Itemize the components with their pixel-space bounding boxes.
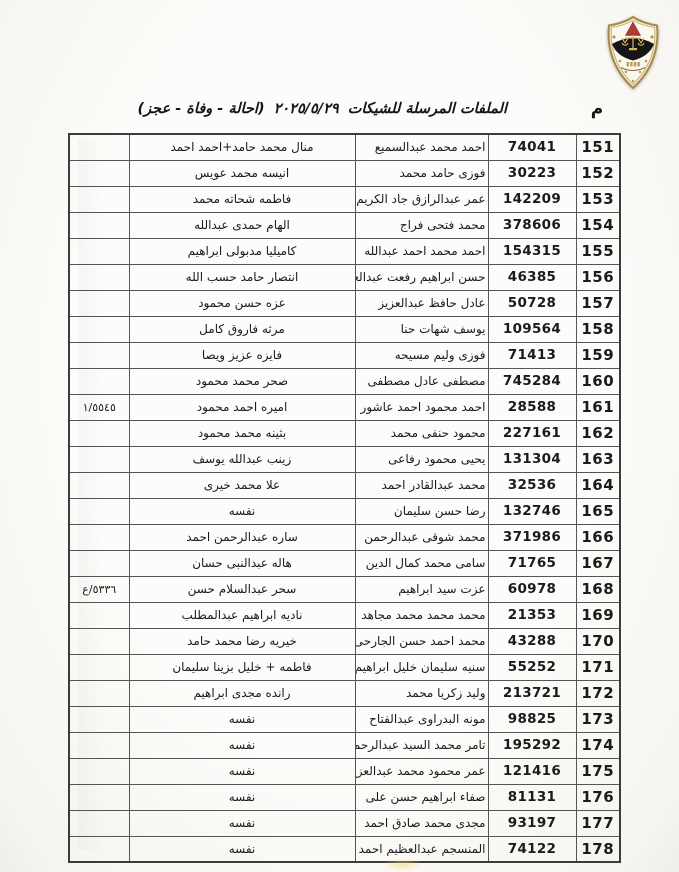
- insured-name-cell: محمد فتحى فراج: [355, 212, 488, 238]
- serial-cell: 159: [576, 342, 620, 368]
- title-subtitle: (احالة - وفاة - عجز): [138, 101, 265, 117]
- file-number-cell: 74041: [488, 134, 576, 160]
- insured-name-cell: المنسجم عبدالعظيم احمد: [355, 836, 488, 862]
- beneficiary-name-cell: الهام حمدى عبدالله: [129, 212, 355, 238]
- beneficiary-name-cell: ساره عبدالرحمن احمد: [129, 524, 355, 550]
- beneficiary-name-cell: نفسه: [129, 706, 355, 732]
- table-row: 165132746رضا حسن سليماننفسه: [69, 498, 620, 524]
- table-row: 17043288محمد احمد حسن الجارحىخيريه رضا م…: [69, 628, 620, 654]
- note-cell: [69, 134, 129, 160]
- table-row: 15230223فوزى حامد محمدانيسه محمد عويس: [69, 160, 620, 186]
- beneficiary-name-cell: نفسه: [129, 784, 355, 810]
- note-cell: [69, 316, 129, 342]
- file-number-cell: 71413: [488, 342, 576, 368]
- file-number-cell: 98825: [488, 706, 576, 732]
- serial-cell: 166: [576, 524, 620, 550]
- insured-name-cell: عمر محمود محمد عبدالعزيز: [355, 758, 488, 784]
- note-cell: [69, 628, 129, 654]
- note-cell: [69, 732, 129, 758]
- serial-cell: 165: [576, 498, 620, 524]
- beneficiary-name-cell: سحر عبدالسلام حسن: [129, 576, 355, 602]
- insured-name-cell: صفاء ابراهيم حسن على: [355, 784, 488, 810]
- note-cell: [69, 420, 129, 446]
- beneficiary-name-cell: انيسه محمد عويس: [129, 160, 355, 186]
- beneficiary-name-cell: نفسه: [129, 498, 355, 524]
- serial-cell: 168: [576, 576, 620, 602]
- file-number-cell: 71765: [488, 550, 576, 576]
- note-cell: [69, 810, 129, 836]
- note-cell: [69, 368, 129, 394]
- serial-cell: 152: [576, 160, 620, 186]
- serial-cell: 167: [576, 550, 620, 576]
- serial-cell: 173: [576, 706, 620, 732]
- table-row: 166371986محمد شوقى عبدالرحمنساره عبدالرح…: [69, 524, 620, 550]
- beneficiary-name-cell: علا محمد خيرى: [129, 472, 355, 498]
- note-cell: [69, 654, 129, 680]
- serial-cell: 162: [576, 420, 620, 446]
- note-cell: [69, 602, 129, 628]
- beneficiary-name-cell: انتصار حامد حسب الله: [129, 264, 355, 290]
- serial-cell: 178: [576, 836, 620, 862]
- insured-name-cell: عزت سيد ابراهيم: [355, 576, 488, 602]
- serial-cell: 151: [576, 134, 620, 160]
- table-row: 17155252سنيه سليمان خليل ابراهيمفاطمه + …: [69, 654, 620, 680]
- insured-name-cell: فوزى حامد محمد: [355, 160, 488, 186]
- table-row: 163131304يحيى محمود رفاعىزينب عبدالله يو…: [69, 446, 620, 472]
- note-cell: ١/٥٥٤٥: [69, 394, 129, 420]
- table-row: 17874122المنسجم عبدالعظيم احمدنفسه: [69, 836, 620, 862]
- beneficiary-name-cell: اميره احمد محمود: [129, 394, 355, 420]
- beneficiary-name-cell: نفسه: [129, 810, 355, 836]
- file-number-cell: 378606: [488, 212, 576, 238]
- serial-cell: 158: [576, 316, 620, 342]
- serial-cell: 157: [576, 290, 620, 316]
- file-number-cell: 30223: [488, 160, 576, 186]
- insured-name-cell: احمد محمد احمد عبدالله: [355, 238, 488, 264]
- beneficiary-name-cell: فاطمه شحاته محمد: [129, 186, 355, 212]
- table-row: 154378606محمد فتحى فراجالهام حمدى عبدالل…: [69, 212, 620, 238]
- scanned-page: م الملفات المرسلة للشيكات٢٠٢٥/٥/٢٩(احالة…: [0, 0, 679, 872]
- table-row: 160745284مصطفى عادل مصطفىصحر محمد محمود: [69, 368, 620, 394]
- note-cell: [69, 498, 129, 524]
- table-row: 17398825مونه البدراوى عبدالفتاحنفسه: [69, 706, 620, 732]
- file-number-cell: 154315: [488, 238, 576, 264]
- serial-cell: 153: [576, 186, 620, 212]
- insured-name-cell: سامى محمد كمال الدين: [355, 550, 488, 576]
- serial-cell: 176: [576, 784, 620, 810]
- file-number-cell: 32536: [488, 472, 576, 498]
- table-row: 172213721وليد زكريا محمدرانده مجدى ابراه…: [69, 680, 620, 706]
- file-number-cell: 21353: [488, 602, 576, 628]
- serial-cell: 164: [576, 472, 620, 498]
- table-row: 15646385حسن ابراهيم رفعت عبدالعالانتصار …: [69, 264, 620, 290]
- insured-name-cell: سنيه سليمان خليل ابراهيم: [355, 654, 488, 680]
- serial-cell: 175: [576, 758, 620, 784]
- file-number-cell: 46385: [488, 264, 576, 290]
- file-number-cell: 43288: [488, 628, 576, 654]
- table-row: 158109564يوسف شهات حنامرثه فاروق كامل: [69, 316, 620, 342]
- table-row: 153142209عمر عبدالرازق جاد الكريمفاطمه ش…: [69, 186, 620, 212]
- beneficiary-name-cell: خيريه رضا محمد حامد: [129, 628, 355, 654]
- file-number-cell: 121416: [488, 758, 576, 784]
- table-row: 15750728عادل حافظ عبدالعزيزعزه حسن محمود: [69, 290, 620, 316]
- serial-cell: 171: [576, 654, 620, 680]
- note-cell: [69, 706, 129, 732]
- insured-name-cell: وليد زكريا محمد: [355, 680, 488, 706]
- table-row: 155154315احمد محمد احمد عبداللهكاميليا م…: [69, 238, 620, 264]
- beneficiary-name-cell: منال محمد حامد+احمد احمد: [129, 134, 355, 160]
- beneficiary-name-cell: نفسه: [129, 732, 355, 758]
- beneficiary-name-cell: ناديه ابراهيم عبدالمطلب: [129, 602, 355, 628]
- note-cell: [69, 680, 129, 706]
- beneficiary-name-cell: هاله عبدالنبى حسان: [129, 550, 355, 576]
- note-cell: [69, 212, 129, 238]
- insured-name-cell: محمود حنفى محمد: [355, 420, 488, 446]
- serial-cell: 172: [576, 680, 620, 706]
- insured-name-cell: محمد احمد حسن الجارحى: [355, 628, 488, 654]
- note-cell: [69, 264, 129, 290]
- file-number-cell: 745284: [488, 368, 576, 394]
- title-text: الملفات المرسلة للشيكات: [348, 101, 507, 117]
- insured-name-cell: محمد شوقى عبدالرحمن: [355, 524, 488, 550]
- serial-cell: 177: [576, 810, 620, 836]
- insured-name-cell: رضا حسن سليمان: [355, 498, 488, 524]
- shield-emblem-svg: [604, 15, 662, 91]
- table-row: 15174041احمد محمد عبدالسميعمنال محمد حام…: [69, 134, 620, 160]
- insured-name-cell: عادل حافظ عبدالعزيز: [355, 290, 488, 316]
- file-number-cell: 50728: [488, 290, 576, 316]
- beneficiary-name-cell: بثينه محمد محمود: [129, 420, 355, 446]
- insured-name-cell: يوسف شهات حنا: [355, 316, 488, 342]
- table-row: 162227161محمود حنفى محمدبثينه محمد محمود: [69, 420, 620, 446]
- file-number-cell: 195292: [488, 732, 576, 758]
- note-cell: [69, 160, 129, 186]
- insured-name-cell: مصطفى عادل مصطفى: [355, 368, 488, 394]
- serial-cell: 154: [576, 212, 620, 238]
- table-row: 16921353محمد محمد محمد مجاهدناديه ابراهي…: [69, 602, 620, 628]
- note-cell: [69, 784, 129, 810]
- page-title: الملفات المرسلة للشيكات٢٠٢٥/٥/٢٩(احالة -…: [138, 101, 507, 117]
- serial-cell: 161: [576, 394, 620, 420]
- table-row: 16432536محمد عبدالقادر احمدعلا محمد خيرى: [69, 472, 620, 498]
- insured-name-cell: مجدى محمد صادق احمد: [355, 810, 488, 836]
- insured-name-cell: حسن ابراهيم رفعت عبدالعال: [355, 264, 488, 290]
- table-row: 16771765سامى محمد كمال الدينهاله عبدالنب…: [69, 550, 620, 576]
- serial-cell: 174: [576, 732, 620, 758]
- note-cell: [69, 836, 129, 862]
- file-number-cell: 109564: [488, 316, 576, 342]
- file-number-cell: 132746: [488, 498, 576, 524]
- beneficiary-name-cell: نفسه: [129, 836, 355, 862]
- title-date: ٢٠٢٥/٥/٢٩: [274, 101, 339, 117]
- note-cell: [69, 290, 129, 316]
- table-row: 17681131صفاء ابراهيم حسن علىنفسه: [69, 784, 620, 810]
- file-number-cell: 227161: [488, 420, 576, 446]
- file-number-cell: 74122: [488, 836, 576, 862]
- file-number-cell: 142209: [488, 186, 576, 212]
- records-table: 15174041احمد محمد عبدالسميعمنال محمد حام…: [68, 133, 621, 863]
- file-number-cell: 371986: [488, 524, 576, 550]
- file-number-cell: 81131: [488, 784, 576, 810]
- serial-cell: 163: [576, 446, 620, 472]
- note-cell: [69, 550, 129, 576]
- file-number-cell: 93197: [488, 810, 576, 836]
- file-number-cell: 213721: [488, 680, 576, 706]
- authority-emblem-icon: [604, 15, 662, 91]
- beneficiary-name-cell: كاميليا مدبولى ابراهيم: [129, 238, 355, 264]
- beneficiary-name-cell: صحر محمد محمود: [129, 368, 355, 394]
- note-cell: ٥٣٣٦/ع: [69, 576, 129, 602]
- beneficiary-name-cell: مرثه فاروق كامل: [129, 316, 355, 342]
- table-row: 174195292تامر محمد السيد عبدالرحمننفسه: [69, 732, 620, 758]
- note-cell: [69, 238, 129, 264]
- note-cell: [69, 758, 129, 784]
- insured-name-cell: احمد محمود احمد عاشور: [355, 394, 488, 420]
- note-cell: [69, 186, 129, 212]
- insured-name-cell: احمد محمد عبدالسميع: [355, 134, 488, 160]
- beneficiary-name-cell: عزه حسن محمود: [129, 290, 355, 316]
- file-number-cell: 131304: [488, 446, 576, 472]
- insured-name-cell: فوزى وليم مسيحه: [355, 342, 488, 368]
- insured-name-cell: مونه البدراوى عبدالفتاح: [355, 706, 488, 732]
- insured-name-cell: يحيى محمود رفاعى: [355, 446, 488, 472]
- table-row: 17793197مجدى محمد صادق احمدنفسه: [69, 810, 620, 836]
- records-table-body: 15174041احمد محمد عبدالسميعمنال محمد حام…: [69, 134, 620, 862]
- file-number-cell: 55252: [488, 654, 576, 680]
- serial-cell: 156: [576, 264, 620, 290]
- table-row: 16128588احمد محمود احمد عاشوراميره احمد …: [69, 394, 620, 420]
- insured-name-cell: تامر محمد السيد عبدالرحمن: [355, 732, 488, 758]
- note-cell: [69, 342, 129, 368]
- file-number-cell: 28588: [488, 394, 576, 420]
- serial-cell: 169: [576, 602, 620, 628]
- table-row: 175121416عمر محمود محمد عبدالعزيزنفسه: [69, 758, 620, 784]
- serial-cell: 160: [576, 368, 620, 394]
- table-row: 15971413فوزى وليم مسيحهفايزه عزيز ويصا: [69, 342, 620, 368]
- note-cell: [69, 472, 129, 498]
- insured-name-cell: عمر عبدالرازق جاد الكريم: [355, 186, 488, 212]
- insured-name-cell: محمد عبدالقادر احمد: [355, 472, 488, 498]
- beneficiary-name-cell: نفسه: [129, 758, 355, 784]
- table-row: 16860978عزت سيد ابراهيمسحر عبدالسلام حسن…: [69, 576, 620, 602]
- beneficiary-name-cell: رانده مجدى ابراهيم: [129, 680, 355, 706]
- file-number-cell: 60978: [488, 576, 576, 602]
- serial-cell: 155: [576, 238, 620, 264]
- serial-cell: 170: [576, 628, 620, 654]
- insured-name-cell: محمد محمد محمد مجاهد: [355, 602, 488, 628]
- beneficiary-name-cell: فاطمه + خليل بزينا سليمان: [129, 654, 355, 680]
- serial-column-header: م: [575, 99, 619, 119]
- note-cell: [69, 446, 129, 472]
- beneficiary-name-cell: فايزه عزيز ويصا: [129, 342, 355, 368]
- note-cell: [69, 524, 129, 550]
- beneficiary-name-cell: زينب عبدالله يوسف: [129, 446, 355, 472]
